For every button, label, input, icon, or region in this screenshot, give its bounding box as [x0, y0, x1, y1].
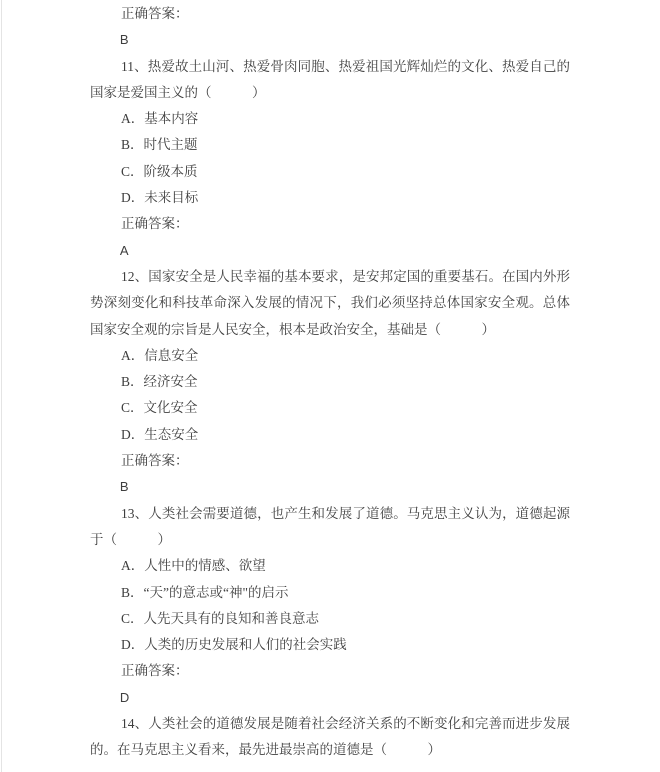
question-option: A．信息安全: [90, 343, 570, 369]
question-option: D．未来目标: [90, 185, 570, 211]
answer-label: 正确答案：: [90, 211, 570, 237]
question-option: B．“天”的意志或“神"的启示: [90, 580, 570, 606]
answer-value: B: [90, 474, 570, 500]
question-option: D．人类的历史发展和人们的社会实践: [90, 632, 570, 658]
question-option: D．生态安全: [90, 422, 570, 448]
question-option: A．基本内容: [90, 106, 570, 132]
document-page: 正确答案： B 11、热爱故土山河、热爱骨肉同胞、热爱祖国光辉灿烂的文化、热爱自…: [0, 0, 660, 772]
questions-list: 11、热爱故土山河、热爱骨肉同胞、热爱祖国光辉灿烂的文化、热爱自己的国家是爱国主…: [90, 54, 570, 764]
question-option: C．阶级本质: [90, 159, 570, 185]
question-stem: 13、人类社会需要道德，也产生和发展了道德。马克思主义认为，道德起源于（ ）: [90, 501, 570, 554]
answer-value: A: [90, 238, 570, 264]
answer-value: B: [90, 27, 570, 53]
question-option: C．文化安全: [90, 395, 570, 421]
question-option: B．经济安全: [90, 369, 570, 395]
question-option: C．人先天具有的良知和善良意志: [90, 606, 570, 632]
exam-content: 正确答案： B 11、热爱故土山河、热爱骨肉同胞、热爱祖国光辉灿烂的文化、热爱自…: [0, 0, 660, 764]
question-stem: 14、人类社会的道德发展是随着社会经济关系的不断变化和完善而进步发展的。在马克思…: [90, 711, 570, 764]
question-option: B．时代主题: [90, 132, 570, 158]
question-stem: 11、热爱故土山河、热爱骨肉同胞、热爱祖国光辉灿烂的文化、热爱自己的国家是爱国主…: [90, 54, 570, 107]
answer-label: 正确答案：: [90, 658, 570, 684]
answer-value: D: [90, 685, 570, 711]
question-option: A．人性中的情感、欲望: [90, 553, 570, 579]
answer-label: 正确答案：: [90, 1, 570, 27]
answer-label: 正确答案：: [90, 448, 570, 474]
question-stem: 12、国家安全是人民幸福的基本要求，是安邦定国的重要基石。在国内外形势深刻变化和…: [90, 264, 570, 343]
